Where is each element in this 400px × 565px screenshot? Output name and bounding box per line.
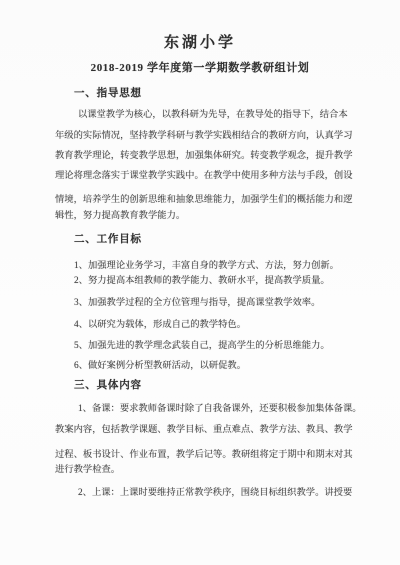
list-item: 4、以研究为载体，形成自己的教学特色。 [74, 316, 246, 330]
list-item: 1、加强理论业务学习，丰富自身的教学方式、方法，努力创新。 [74, 257, 339, 271]
text-line: 2、上课：上课时要维持正常教学秩序，围绕目标组织教学。讲授要 [78, 484, 352, 498]
text-line: 教育教学理论，转变教学思想，加强集体研究。转变教学观念，提升教学 [55, 147, 353, 161]
text-line: 进行教学检查。 [55, 461, 120, 475]
list-item: 5、加强先进的教学理念武装自己，提高学生的分析思维能力。 [74, 337, 330, 351]
text-line: 过程、板书设计、作业布置，教学后记等。教研组将定于期中和期末对其 [55, 446, 353, 460]
text-line: 辑性，努力提高教育教学能力。 [55, 207, 185, 221]
list-item: 3、加强教学过程的全方位管理与指导，提高课堂教学效率。 [74, 294, 320, 308]
section-heading-work-goals: 二、工作目标 [74, 231, 142, 246]
list-item: 2、努力提高本组教师的教学能力、教研水平，提高教学质量。 [74, 272, 330, 286]
text-line: 情境，培养学生的创新思维和抽象思维能力，加强学生们的概括能力和逻 [55, 191, 353, 205]
text-line: 年级的实际情况，坚持教学科研与教学实践相结合的教研方向，认真学习 [55, 127, 353, 141]
text-line: 1、备课：要求教师备课时除了自我备课外，还要积极参加集体备课。 [78, 400, 362, 414]
list-item: 6、做好案例分析型教研活动，以研促教。 [74, 357, 246, 371]
text-line: 教案内容，包括教学课题、教学目标、重点难点、教学方法、教具、教学 [55, 421, 353, 435]
text-line: 理论将理念落实于课堂教学实践中。在教学中使用多种方法与手段，创设 [55, 167, 353, 181]
section-heading-specific-content: 三、具体内容 [74, 377, 142, 392]
text-line: 以课堂教学为核心，以教科研为先导，在教导处的指导下，结合本 [78, 106, 348, 120]
document-title: 东湖小学 [0, 31, 400, 52]
document-page: 东湖小学 2018-2019 学年度第一学期数学教研组计划 一、指导思想 以课堂… [0, 0, 400, 565]
document-subtitle: 2018-2019 学年度第一学期数学教研组计划 [0, 59, 400, 75]
section-heading-guiding-ideology: 一、指导思想 [74, 85, 142, 100]
